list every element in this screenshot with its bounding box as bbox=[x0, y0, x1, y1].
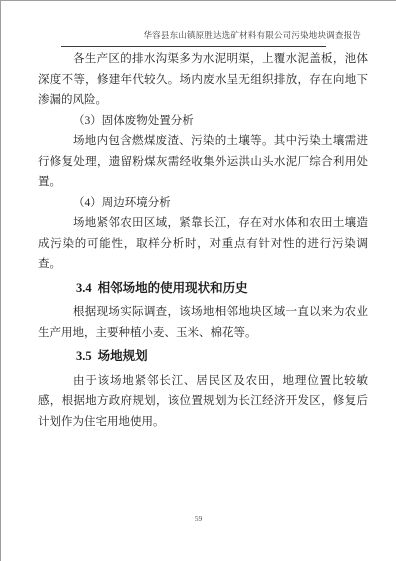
section-title: 相邻场地的使用现状和历史 bbox=[98, 281, 248, 295]
paragraph-solid-waste: 场地内包含燃煤废渣、污染的土壤等。其中污染土壤需进行修复处理，遗留粉煤灰需经收集… bbox=[38, 131, 368, 193]
paragraph-site-planning: 由于该场地紧邻长江、居民区及农田，地理位置比较敏感，根据地方政府规划，该位置规划… bbox=[38, 371, 368, 433]
subheading-solid-waste-analysis: （3）固体废物处置分析 bbox=[38, 111, 368, 132]
paragraph-adjacent-land-use: 根据现场实际调查，该场地相邻地块区域一直以来为农业生产用地，主要种植小麦、玉米、… bbox=[38, 302, 368, 343]
header-divider-rule bbox=[61, 46, 326, 47]
document-body: 各生产区的排水沟渠多为水泥明渠，上覆水泥盖板，池体深度不等，修建年代较久。场内废… bbox=[38, 49, 368, 432]
section-number: 3.5 bbox=[76, 349, 92, 363]
section-number: 3.4 bbox=[76, 281, 92, 295]
section-title: 场地规划 bbox=[98, 349, 148, 363]
subheading-surrounding-environment-analysis: （4）周边环境分析 bbox=[38, 193, 368, 214]
section-heading-3-5: 3.5场地规划 bbox=[38, 346, 368, 367]
page-number: 59 bbox=[1, 514, 396, 523]
document-page: 华容县东山镇原胜达选矿材料有限公司污染地块调查报告 各生产区的排水沟渠多为水泥明… bbox=[0, 0, 396, 561]
paragraph-surrounding-environment: 场地紧邻农田区域，紧靠长江，存在对水体和农田土壤造成污染的可能性，取样分析时，对… bbox=[38, 213, 368, 275]
page-header-title: 华容县东山镇原胜达选矿材料有限公司污染地块调查报告 bbox=[143, 30, 361, 41]
section-heading-3-4: 3.4相邻场地的使用现状和历史 bbox=[38, 278, 368, 299]
paragraph-drainage: 各生产区的排水沟渠多为水泥明渠，上覆水泥盖板，池体深度不等，修建年代较久。场内废… bbox=[38, 49, 368, 111]
